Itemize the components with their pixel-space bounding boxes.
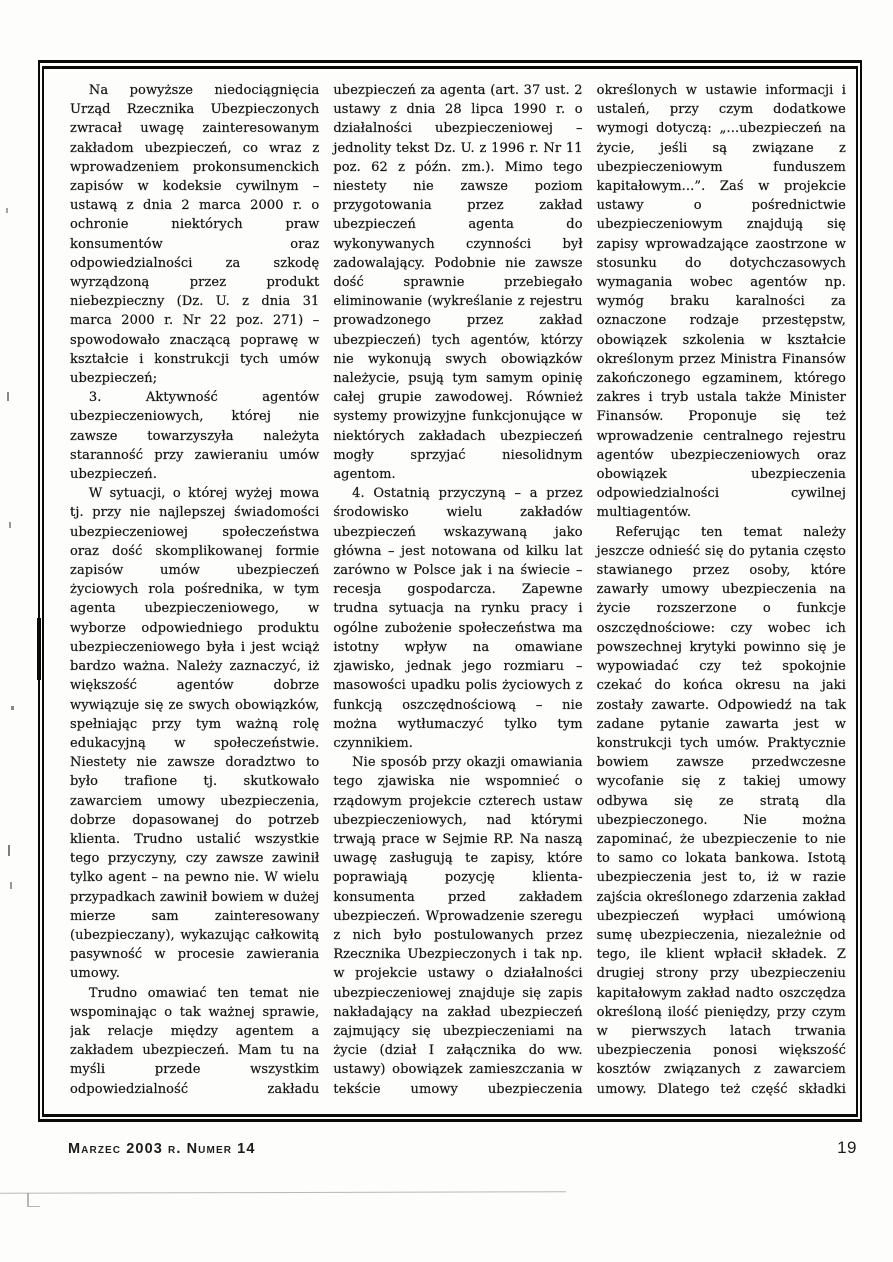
scan-artifact (9, 522, 11, 528)
paragraph: W sytuacji, o której wyżej mowa tj. przy… (70, 484, 319, 983)
scan-artifact (10, 882, 12, 889)
footer-issue-line: Marzec 2003 r. Numer 14 (68, 1141, 256, 1157)
paragraph: 4. Ostatnią przyczyną – a przez środowis… (333, 484, 582, 753)
scan-artifact (0, 1191, 566, 1193)
scan-artifact (11, 706, 14, 710)
scanned-document-page: Na powyższe niedociągnięcia Urząd Rzeczn… (0, 0, 893, 1262)
article-columns: Na powyższe niedociągnięcia Urząd Rzeczn… (70, 81, 846, 1103)
scan-artifact (8, 845, 10, 856)
scan-artifact (6, 208, 8, 213)
paragraph: Na powyższe niedociągnięcia Urząd Rzeczn… (70, 81, 319, 388)
footer-page-number: 19 (837, 1138, 857, 1158)
paragraph: 3. Aktywność agentów ubezpieczeniowych, … (70, 388, 319, 484)
page-footer: Marzec 2003 r. Numer 14 19 (68, 1138, 857, 1158)
article-frame: Na powyższe niedociągnięcia Urząd Rzeczn… (38, 60, 862, 1122)
scan-artifact (7, 392, 9, 401)
scan-artifact (27, 1193, 40, 1207)
